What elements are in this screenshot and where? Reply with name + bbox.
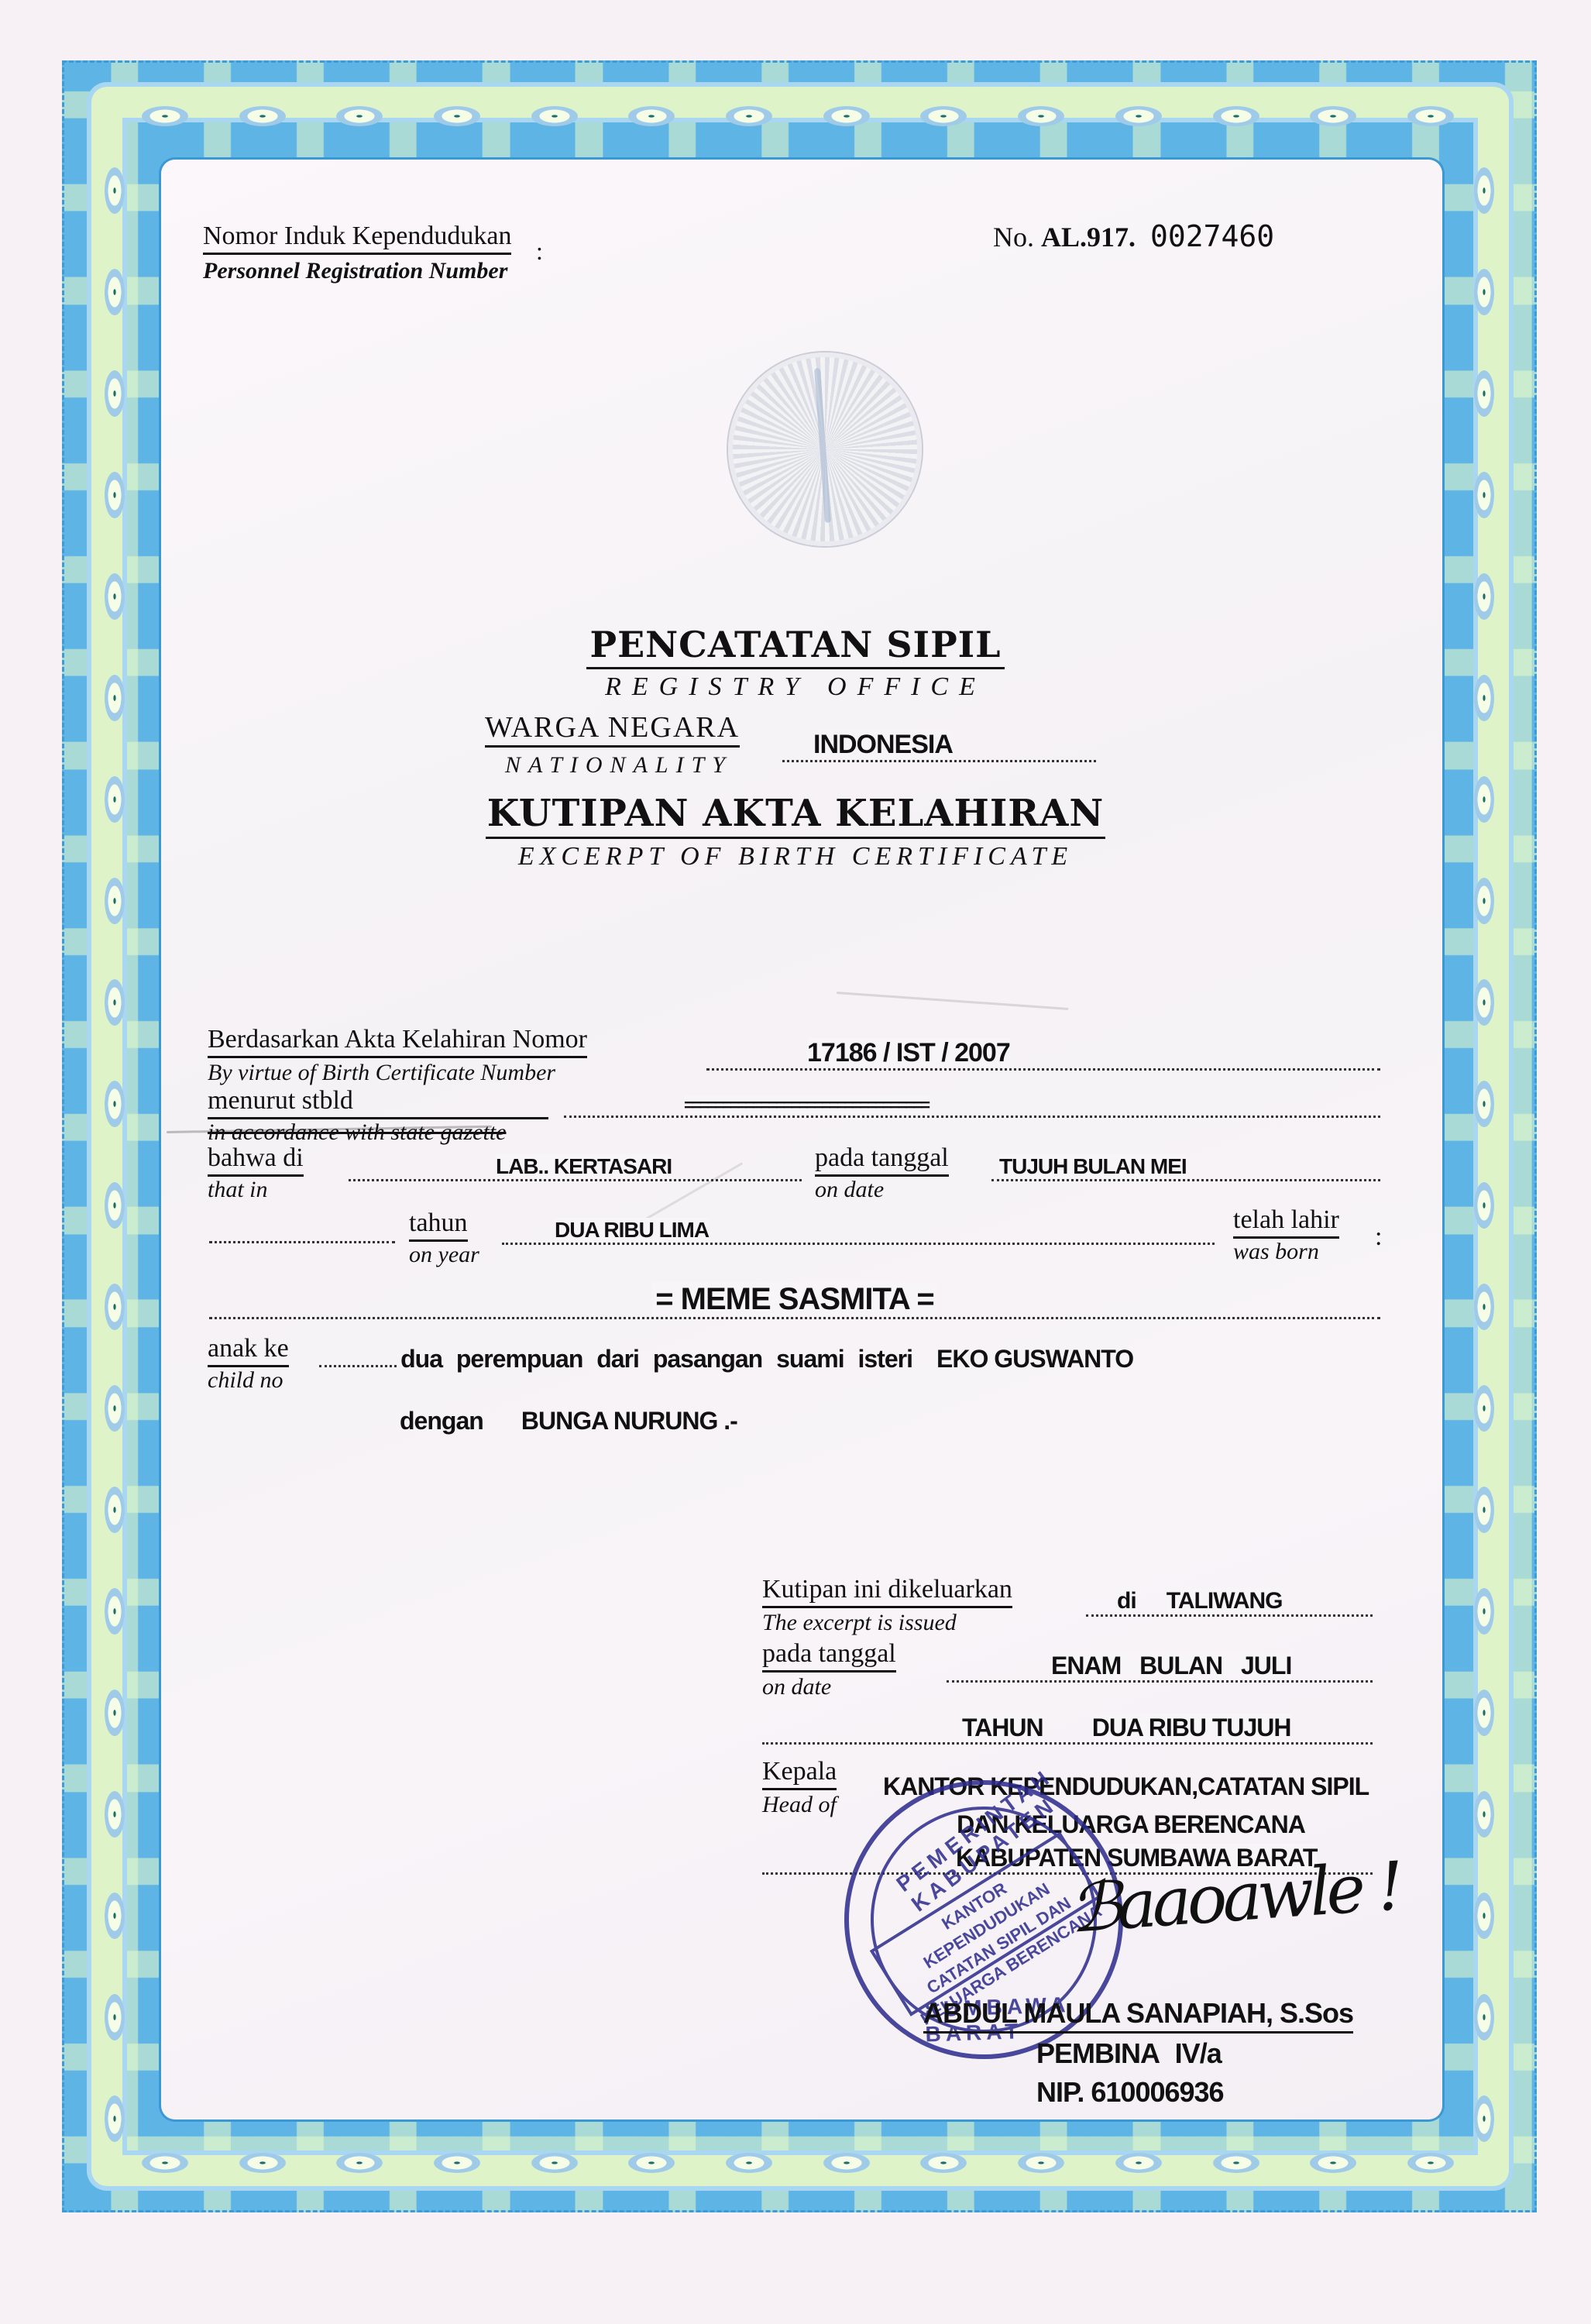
nationality-field: INDONESIA [782, 730, 1096, 762]
place-label-block: bahwa di that in [208, 1145, 304, 1202]
issued-date-field: ENAM BULAN JULI [947, 1652, 1373, 1683]
cert-number-value: 17186 / IST / 2007 [807, 1038, 1010, 1067]
birth-date-field: TUJUH BULAN MEI [991, 1154, 1380, 1181]
embossed-seal [728, 352, 922, 546]
place-label-en: that in [208, 1178, 304, 1202]
year-label: tahun [409, 1210, 468, 1242]
mother-line: dengan BUNGA NURUNG .- [400, 1407, 737, 1435]
cert-number-label-en: By virtue of Birth Certificate Number [208, 1061, 587, 1085]
nationality-label-block: WARGA NEGARA NATIONALITY [485, 713, 740, 779]
official-name: ABDUL MAULA SANAPIAH, S.Sos [923, 1997, 1353, 2033]
issued-year-value: DUA RIBU TUJUH [1092, 1714, 1291, 1741]
nik-label-block: Nomor Induk Kependudukan Personnel Regis… [203, 223, 511, 283]
border-ornament-right [1469, 139, 1500, 2169]
serial-number: No. AL.917. 0027460 [993, 219, 1274, 253]
issued-year-word: TAHUN [962, 1714, 1043, 1741]
document-title: KUTIPAN AKTA KELAHIRAN [486, 792, 1106, 839]
child-no-label-en: child no [208, 1369, 289, 1392]
child-no-field: dua perempuan dari pasangan suami isteri… [319, 1345, 1380, 1373]
head-label-en: Head of [762, 1793, 837, 1817]
nationality-label-en: NATIONALITY [485, 752, 740, 779]
nationality-label: WARGA NEGARA [485, 713, 740, 748]
head-label-block: Kepala Head of [762, 1758, 837, 1817]
office-title: PENCATATAN SIPIL [586, 624, 1004, 669]
place-label: bahwa di [208, 1145, 304, 1177]
born-label: telah lahir [1233, 1207, 1339, 1239]
cert-number-field: 17186 / IST / 2007 [706, 1038, 1380, 1071]
issued-place: TALIWANG [1167, 1588, 1283, 1614]
birth-date-label: pada tanggal [815, 1145, 949, 1177]
cert-number-label: Berdasarkan Akta Kelahiran Nomor [208, 1026, 587, 1058]
mother-name: BUNGA NURUNG .- [521, 1407, 737, 1435]
year-label-block: tahun on year [409, 1210, 479, 1267]
stbld-label: menurut stbld [208, 1088, 548, 1119]
child-name-field: = MEME SASMITA = [209, 1282, 1380, 1319]
office-title-block: PENCATATAN SIPIL REGISTRY OFFICE [0, 624, 1591, 702]
stbld-label-en: in accordance with state gazette [208, 1121, 548, 1144]
year-lead-dots [209, 1218, 395, 1243]
year-value: DUA RIBU LIMA [555, 1218, 709, 1242]
issued-date-label-en: on date [762, 1676, 896, 1699]
cert-number-label-block: Berdasarkan Akta Kelahiran Nomor By virt… [208, 1026, 587, 1085]
issued-label-block: Kutipan ini dikeluarkan The excerpt is i… [762, 1576, 1012, 1635]
official-rank: PEMBINA IV/a [1036, 2037, 1222, 2070]
child-no-label: anak ke [208, 1336, 289, 1367]
born-label-en: was born [1233, 1240, 1339, 1263]
nationality-value: INDONESIA [813, 730, 953, 759]
official-nip: NIP. 610006936 [1036, 2076, 1224, 2109]
document-title-en: EXCERPT OF BIRTH CERTIFICATE [0, 842, 1591, 871]
border-ornament-top [116, 101, 1479, 132]
nik-colon: : [536, 239, 543, 263]
stbld-field: ================================ [564, 1095, 1380, 1118]
birth-date-value: TUJUH BULAN MEI [999, 1154, 1187, 1178]
issued-at-word: di [1117, 1588, 1136, 1614]
office-title-en: REGISTRY OFFICE [0, 672, 1591, 702]
head-label: Kepala [762, 1758, 837, 1790]
official-block: ABDUL MAULA SANAPIAH, S.Sos [923, 1997, 1353, 2033]
issued-label: Kutipan ini dikeluarkan [762, 1576, 1012, 1608]
child-name: = MEME SASMITA = [652, 1282, 937, 1316]
issued-label-en: The excerpt is issued [762, 1611, 1012, 1635]
stbld-label-block: menurut stbld in accordance with state g… [208, 1088, 548, 1144]
issued-place-field: di TALIWANG [1086, 1588, 1373, 1617]
place-value: LAB.. KERTASARI [496, 1154, 672, 1178]
border-ornament-bottom [116, 2147, 1479, 2178]
place-field: LAB.. KERTASARI [349, 1154, 802, 1181]
border-ornament-left [99, 139, 130, 2169]
nik-label: Nomor Induk Kependudukan [203, 223, 511, 255]
birth-date-label-block: pada tanggal on date [815, 1145, 949, 1202]
issued-date-label: pada tanggal [762, 1641, 896, 1673]
issued-date-label-block: pada tanggal on date [762, 1641, 896, 1699]
father-name: EKO GUSWANTO [936, 1345, 1133, 1373]
birth-date-label-en: on date [815, 1178, 949, 1202]
issued-year-field: TAHUN DUA RIBU TUJUH [762, 1714, 1373, 1745]
and-word: dengan [400, 1407, 483, 1435]
child-no-value: dua perempuan dari pasangan suami isteri [400, 1345, 912, 1373]
born-colon: : [1375, 1224, 1382, 1250]
nik-label-en: Personnel Registration Number [203, 260, 511, 283]
year-label-en: on year [409, 1243, 479, 1267]
born-label-block: telah lahir was born [1233, 1207, 1339, 1263]
child-no-label-block: anak ke child no [208, 1336, 289, 1392]
serial-series: AL.917. [1041, 222, 1136, 253]
document-title-block: KUTIPAN AKTA KELAHIRAN EXCERPT OF BIRTH … [0, 792, 1591, 871]
issued-date-value: ENAM BULAN JULI [1051, 1652, 1291, 1679]
serial-prefix: No. [993, 222, 1034, 253]
serial-value: 0027460 [1150, 219, 1274, 253]
year-field: DUA RIBU LIMA [502, 1218, 1215, 1245]
stbld-value: ================================ [684, 1095, 928, 1115]
